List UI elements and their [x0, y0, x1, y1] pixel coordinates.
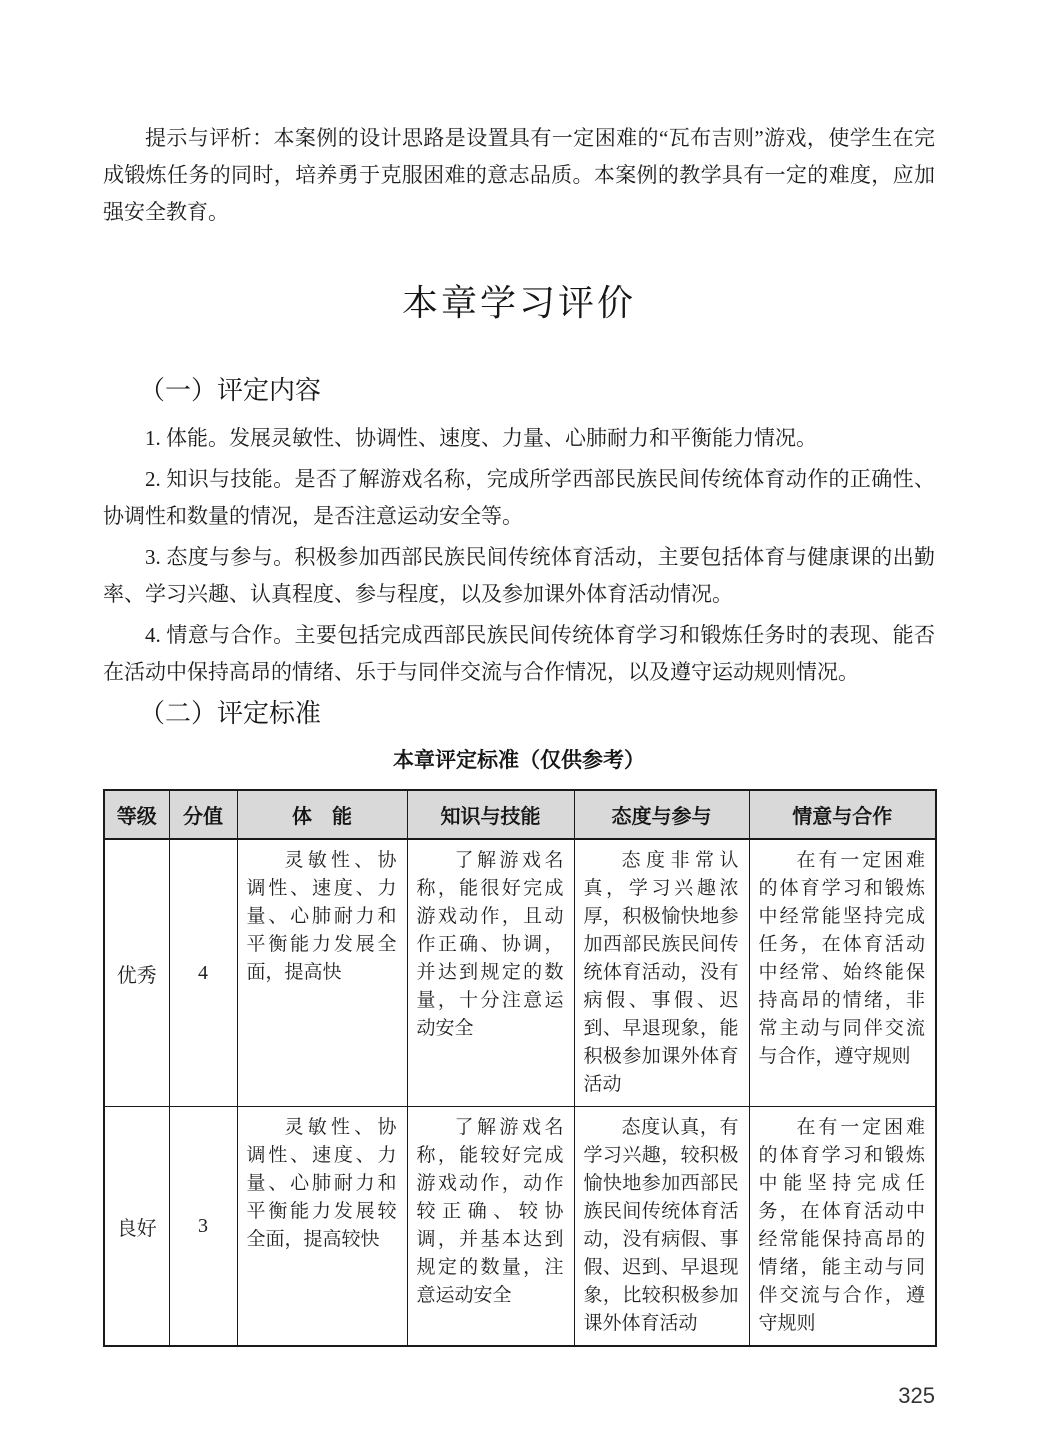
table-row-good: 良好 3 灵敏性、协调性、速度、力量、心肺耐力和平衡能力发展较全面，提高较快 了…	[104, 1107, 936, 1347]
table-title: 本章评定标准（仅供参考）	[103, 748, 935, 774]
list-item-knowledge: 2. 知识与技能。是否了解游戏名称，完成所学西部民族民间传统体育动作的正确性、协…	[103, 461, 935, 535]
col-header-grade: 等级	[104, 790, 169, 839]
evaluation-content-list: 1. 体能。发展灵敏性、协调性、速度、力量、心肺耐力和平衡能力情况。 2. 知识…	[103, 420, 935, 691]
cell-physical: 灵敏性、协调性、速度、力量、心肺耐力和平衡能力发展较全面，提高较快	[237, 1107, 407, 1347]
cell-cooperation: 在有一定困难的体育学习和锻炼中经常能坚持完成任务，在体育活动中经常、始终能保持高…	[749, 839, 936, 1107]
cell-attitude: 态度认真，有学习兴趣，较积极愉快地参加西部民族民间传统体育活动，没有病假、事假、…	[574, 1107, 749, 1347]
list-item-physical: 1. 体能。发展灵敏性、协调性、速度、力量、心肺耐力和平衡能力情况。	[103, 420, 935, 457]
table-row-excellent: 优秀 4 灵敏性、协调性、速度、力量、心肺耐力和平衡能力发展全面，提高快 了解游…	[104, 839, 936, 1107]
list-item-attitude: 3. 态度与参与。积极参加西部民族民间传统体育活动，主要包括体育与健康课的出勤率…	[103, 539, 935, 613]
cell-physical: 灵敏性、协调性、速度、力量、心肺耐力和平衡能力发展全面，提高快	[237, 839, 407, 1107]
table-header-row: 等级 分值 体 能 知识与技能 态度与参与 情意与合作	[104, 790, 936, 839]
cell-score: 4	[169, 839, 237, 1107]
intro-paragraph: 提示与评析：本案例的设计思路是设置具有一定困难的“瓦布吉则”游戏，使学生在完成锻…	[103, 120, 935, 231]
cell-grade: 良好	[104, 1107, 169, 1347]
col-header-physical: 体 能	[237, 790, 407, 839]
evaluation-standard-table: 等级 分值 体 能 知识与技能 态度与参与 情意与合作 优秀 4 灵敏性、协调性…	[103, 789, 937, 1347]
section-heading-evaluation-content: （一）评定内容	[103, 374, 935, 408]
document-page: 提示与评析：本案例的设计思路是设置具有一定困难的“瓦布吉则”游戏，使学生在完成锻…	[0, 120, 1038, 1409]
col-header-attitude: 态度与参与	[574, 790, 749, 839]
col-header-cooperation: 情意与合作	[749, 790, 936, 839]
cell-score: 3	[169, 1107, 237, 1347]
section-heading-evaluation-standard: （二）评定标准	[103, 697, 935, 731]
cell-cooperation: 在有一定困难的体育学习和锻炼中能坚持完成任务，在体育活动中经常能保持高昂的情绪，…	[749, 1107, 936, 1347]
cell-knowledge: 了解游戏名称，能较好完成游戏动作，动作较正确、较协调，并基本达到规定的数量，注意…	[407, 1107, 574, 1347]
page-number: 325	[103, 1383, 935, 1409]
cell-grade: 优秀	[104, 839, 169, 1107]
cell-knowledge: 了解游戏名称，能很好完成游戏动作，且动作正确、协调，并达到规定的数量，十分注意运…	[407, 839, 574, 1107]
cell-attitude: 态度非常认真，学习兴趣浓厚，积极愉快地参加西部民族民间传统体育活动，没有病假、事…	[574, 839, 749, 1107]
col-header-knowledge: 知识与技能	[407, 790, 574, 839]
chapter-title: 本章学习评价	[103, 283, 935, 323]
list-item-cooperation: 4. 情意与合作。主要包括完成西部民族民间传统体育学习和锻炼任务时的表现、能否在…	[103, 617, 935, 691]
col-header-score: 分值	[169, 790, 237, 839]
